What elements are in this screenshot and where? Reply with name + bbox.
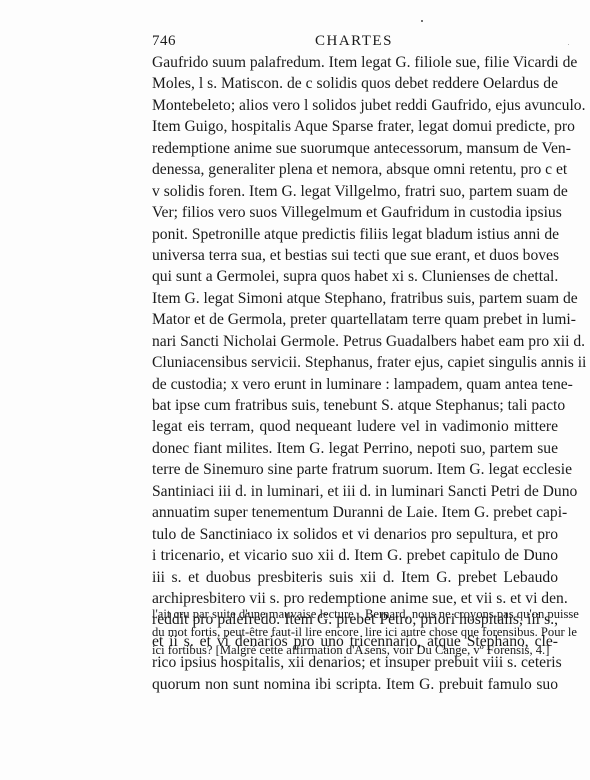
body-line: iii s. et duobus presbiteris suis xii d.…	[152, 567, 558, 588]
body-line: quorum non sunt nomina ibi scripta. Item…	[152, 674, 558, 695]
body-line: terre de Sinemuro sine parte fratrum suo…	[152, 459, 558, 480]
body-line: Montebeleto; alios vero l solidos jubet …	[152, 95, 558, 116]
body-line: Mator et de Germola, preter quartellatam…	[152, 309, 558, 330]
body-line: Item G. legat Simoni atque Stephano, fra…	[152, 288, 558, 309]
page-number: 746	[152, 33, 176, 50]
body-line: Santiniaci iii d. in luminari, et iii d.…	[152, 481, 558, 502]
body-line: nari Sancti Nicholai Germole. Petrus Gua…	[152, 331, 558, 352]
body-line: redemptione anime sue suorumque antecess…	[152, 138, 558, 159]
footnote-line: Bernard, nous ne croyons pas qu'on puiss…	[365, 605, 560, 623]
running-head: 746 CHARTES	[152, 33, 558, 51]
body-line: i tricenario, et vicario suo xii d. Item…	[152, 545, 558, 566]
footnote-line: ici fortibus? [Malgré cette affirmation …	[152, 641, 344, 659]
body-line: Gaufrido suum palafredum. Item legat G. …	[152, 52, 558, 73]
body-line: universa terra sua, et bestias sui tecti…	[152, 245, 558, 266]
footnote-line: lire ici autre chose que forensibus. Pou…	[365, 623, 560, 641]
body-line: de custodia; x vero erunt in luminare : …	[152, 374, 558, 395]
body-line: donec fiant milites. Item G. legat Perri…	[152, 438, 558, 459]
body-line: Item Guigo, hospitalis Aque Sparse frate…	[152, 116, 558, 137]
body-line: Cluniacensibus servicii. Stephanus, frat…	[152, 352, 558, 373]
book-page: 746 CHARTES Gaufrido suum palafredum. It…	[0, 0, 590, 780]
footnote-line: sens, voir Du Cange, vº Forensis, 4.]	[365, 641, 560, 659]
body-line: qui sunt a Germolei, supra quos habet xi…	[152, 266, 558, 287]
scan-speck	[421, 20, 423, 22]
body-text: Gaufrido suum palafredum. Item legat G. …	[152, 52, 558, 695]
body-line: Ver; filios vero suos Villegelmum et Gau…	[152, 202, 558, 223]
body-line: bat ipse cum fratribus suis, tenebunt S.…	[152, 395, 558, 416]
body-line: v solidis foren. Item G. legat Villgelmo…	[152, 181, 558, 202]
footnote-line: du mot fortis, peut-être faut-il lire en…	[152, 623, 344, 641]
body-line: denessa, generaliter plena et nemora, ab…	[152, 159, 558, 180]
body-line: Moles, l s. Matiscon. de c solidis quos …	[152, 73, 558, 94]
footnote-column-right: Bernard, nous ne croyons pas qu'on puiss…	[365, 605, 560, 659]
scan-speck	[568, 44, 569, 45]
body-line: tulo de Sanctiniaco ix solidos et vi den…	[152, 524, 558, 545]
body-line: legat eis terram, quod nequeant ludere v…	[152, 416, 558, 437]
body-line: ponit. Spetronille atque predictis filii…	[152, 224, 558, 245]
footnote-line: l'ait cru par suite d'une mauvaise lectu…	[152, 605, 344, 623]
footnote-column-left: l'ait cru par suite d'une mauvaise lectu…	[152, 605, 344, 659]
running-title: CHARTES	[315, 33, 393, 50]
body-line: annuatim super tenementum Duranni de Lai…	[152, 502, 558, 523]
